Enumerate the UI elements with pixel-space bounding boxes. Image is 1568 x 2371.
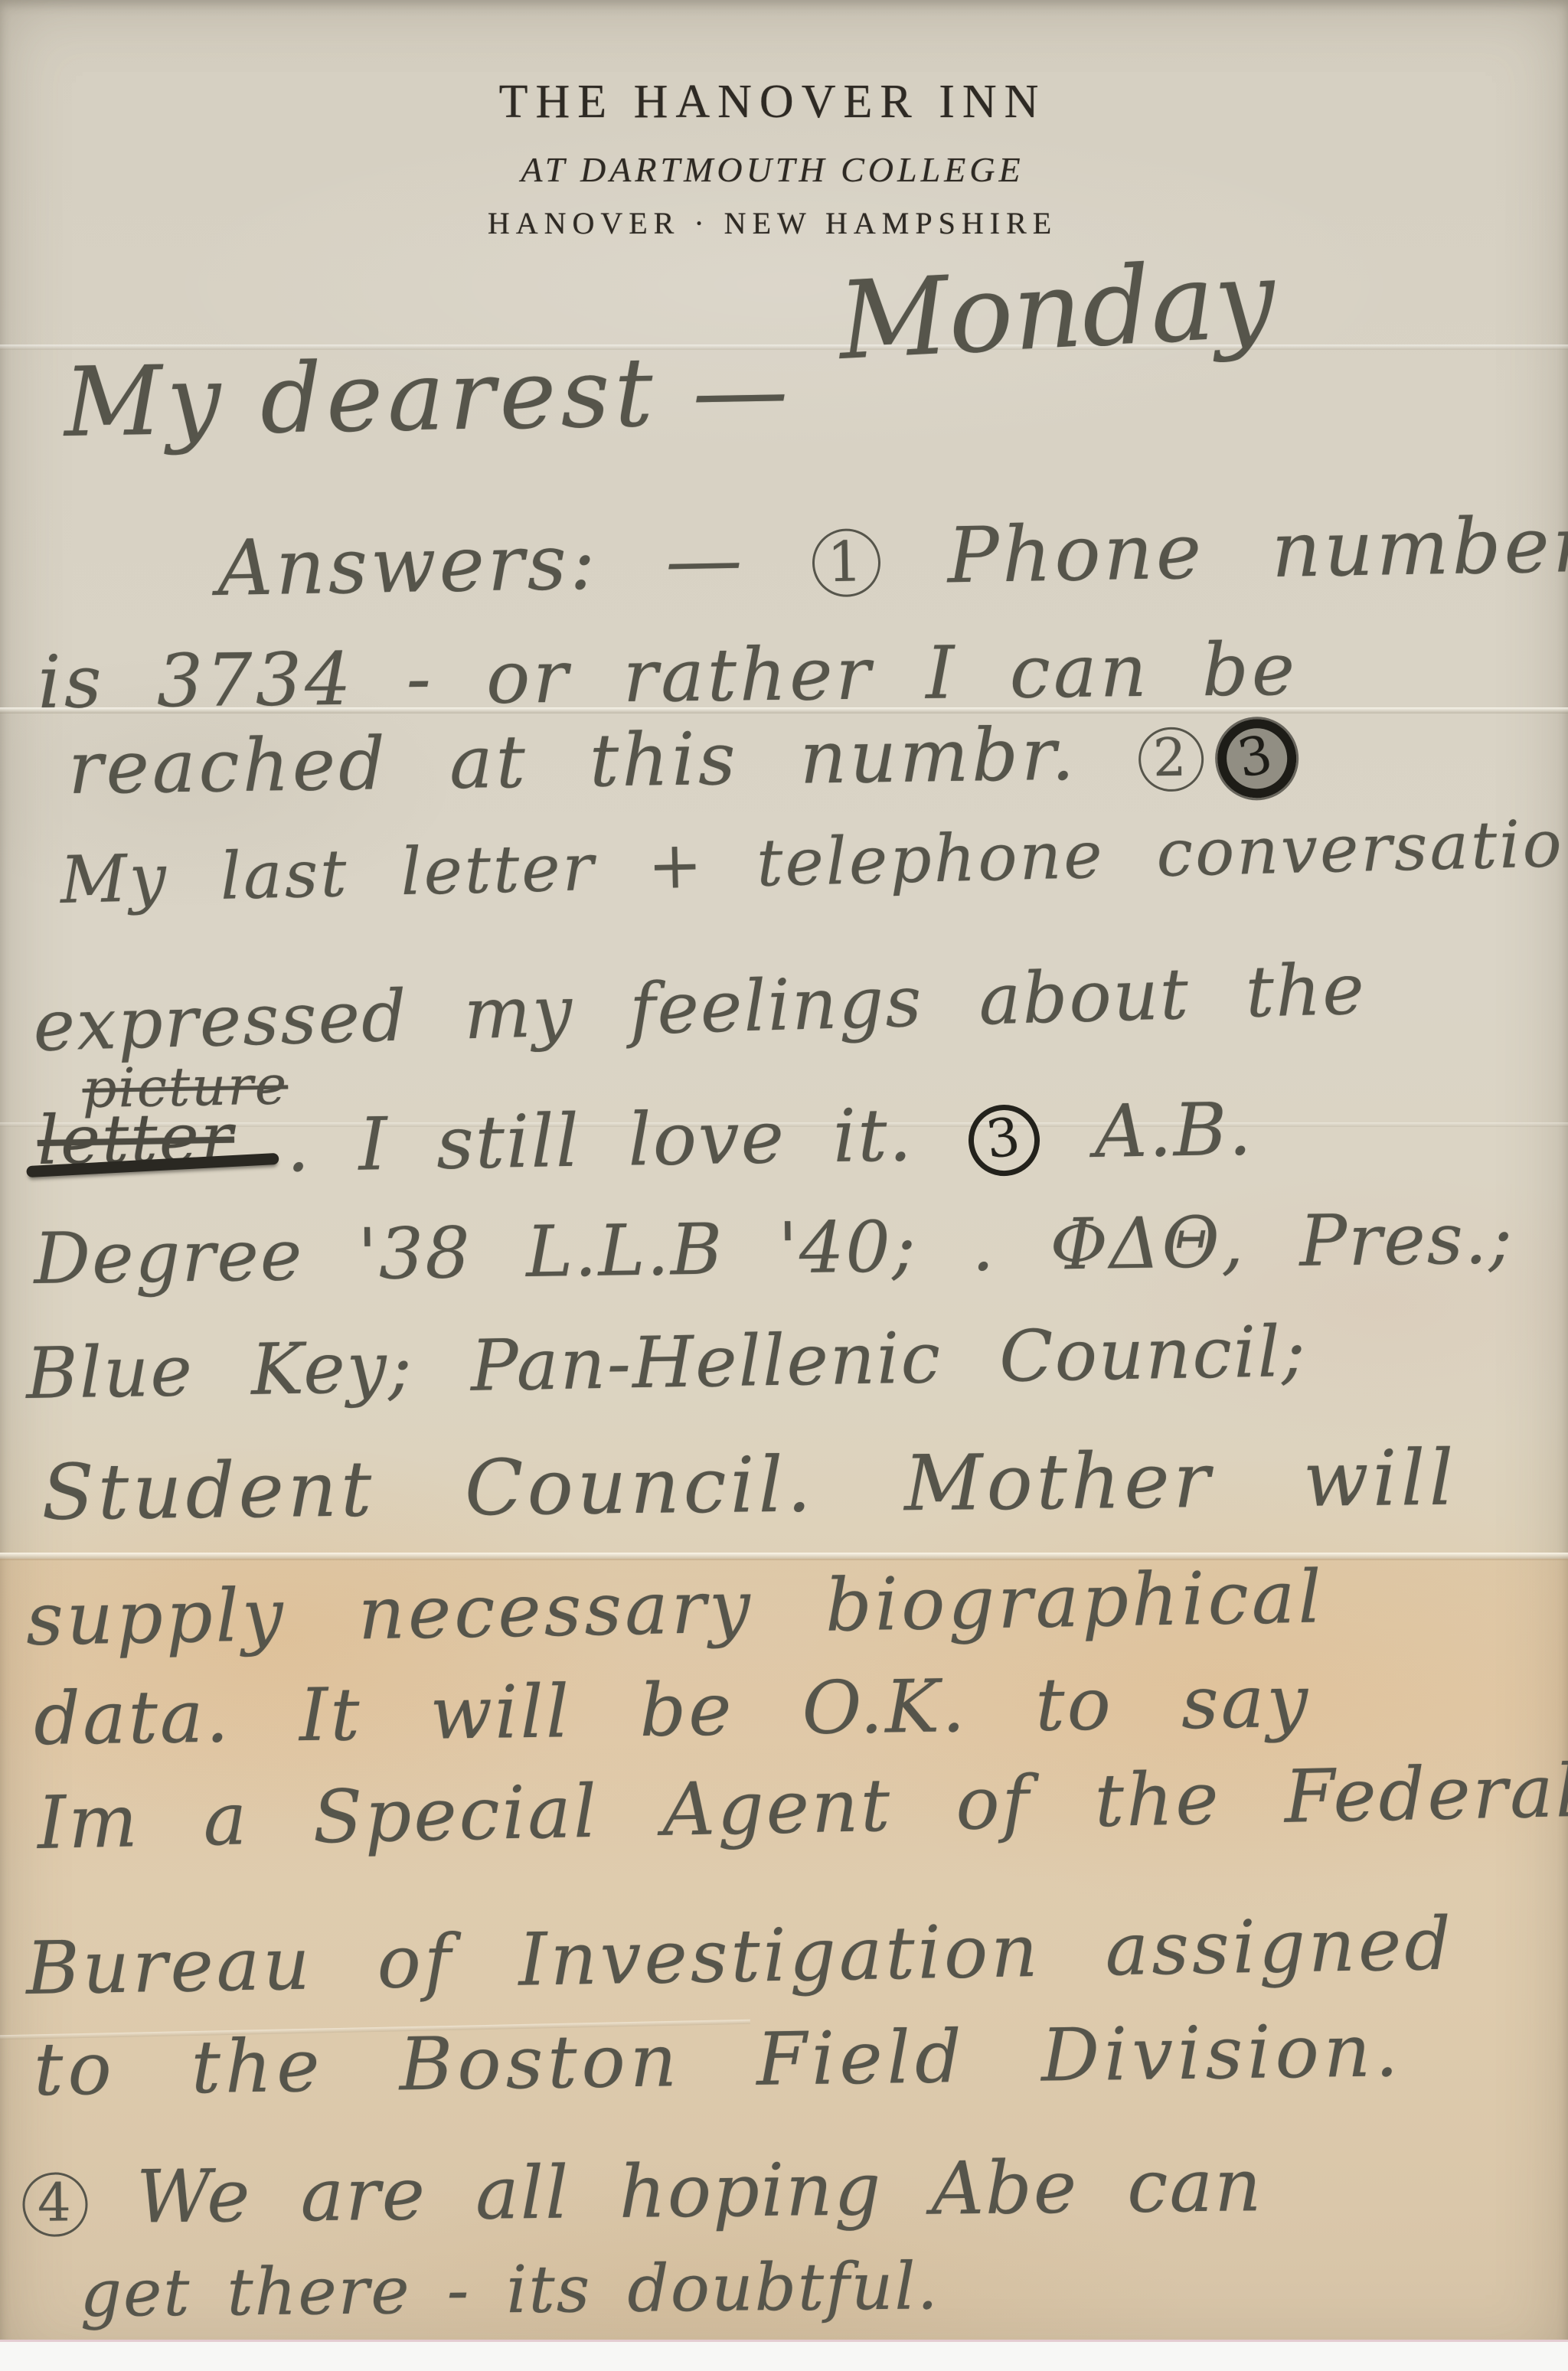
circled-number-1: 1: [812, 528, 880, 597]
handwritten-line: Answers: — 1 Phone number: [217, 501, 1568, 612]
line-text: A.B.: [1094, 1087, 1254, 1174]
handwritten-line: reached at this numbr. 23: [67, 710, 1296, 815]
handwritten-line: to the Boston Field Division.: [33, 2010, 1403, 2112]
fold-crease: [0, 1553, 1568, 1560]
handwritten-line: My last letter + telephone conversation: [60, 806, 1568, 919]
circled-number-2: 2: [1138, 727, 1204, 792]
letterhead: THE HANOVER INN AT DARTMOUTH COLLEGE HAN…: [0, 75, 1545, 241]
handwritten-line: expressed my feelings about the: [32, 949, 1367, 1066]
scanner-background-strip: [0, 2340, 1568, 2371]
scribbled-circled-number-3: 3: [1210, 712, 1302, 804]
letterhead-inn-name: THE HANOVER INN: [0, 75, 1545, 129]
crossed-out-word: pictureletter: [41, 1086, 287, 1190]
line-text: Phone number: [947, 500, 1568, 601]
handwritten-line: data. It will be O.K. to say: [33, 1661, 1310, 1762]
handwritten-line: pictureletter. I still love it. 3 A.B.: [41, 1070, 1254, 1193]
letter-page: THE HANOVER INN AT DARTMOUTH COLLEGE HAN…: [0, 0, 1568, 2371]
salutation: My dearest —: [63, 335, 793, 458]
handwritten-line: Student Council. Mother will: [41, 1434, 1458, 1537]
circled-number-4: 4: [22, 2172, 88, 2238]
handwritten-line: is 3734 - or rather I can be: [38, 629, 1298, 725]
handwritten-line: Bureau of Investigation assigned: [25, 1902, 1455, 2011]
handwritten-line: supply necessary biographical: [25, 1556, 1325, 1662]
circled-number-3: 3: [965, 1100, 1044, 1179]
handwritten-line: get there - its doubtful.: [80, 2249, 939, 2332]
line-text: reached at this numbr.: [67, 713, 1077, 811]
handwritten-line: Degree '38 L.L.B '40; . ΦΔΘ, Pres.;: [34, 1198, 1514, 1300]
line-text: Answers: —: [217, 514, 746, 613]
line-text: We are all hoping Abe can: [136, 2144, 1263, 2239]
letterhead-location: HANOVER · NEW HAMPSHIRE: [0, 205, 1545, 241]
line-text: . I still love it.: [286, 1093, 914, 1188]
date-line: Monday: [836, 237, 1279, 384]
letterhead-college: AT DARTMOUTH COLLEGE: [0, 149, 1545, 190]
handwritten-line: Blue Key; Pan-Hellenic Council;: [25, 1311, 1308, 1415]
handwritten-line: 4 We are all hoping Abe can: [22, 2144, 1263, 2241]
handwritten-line: Im a Special Agent of the Federal: [37, 1750, 1568, 1866]
